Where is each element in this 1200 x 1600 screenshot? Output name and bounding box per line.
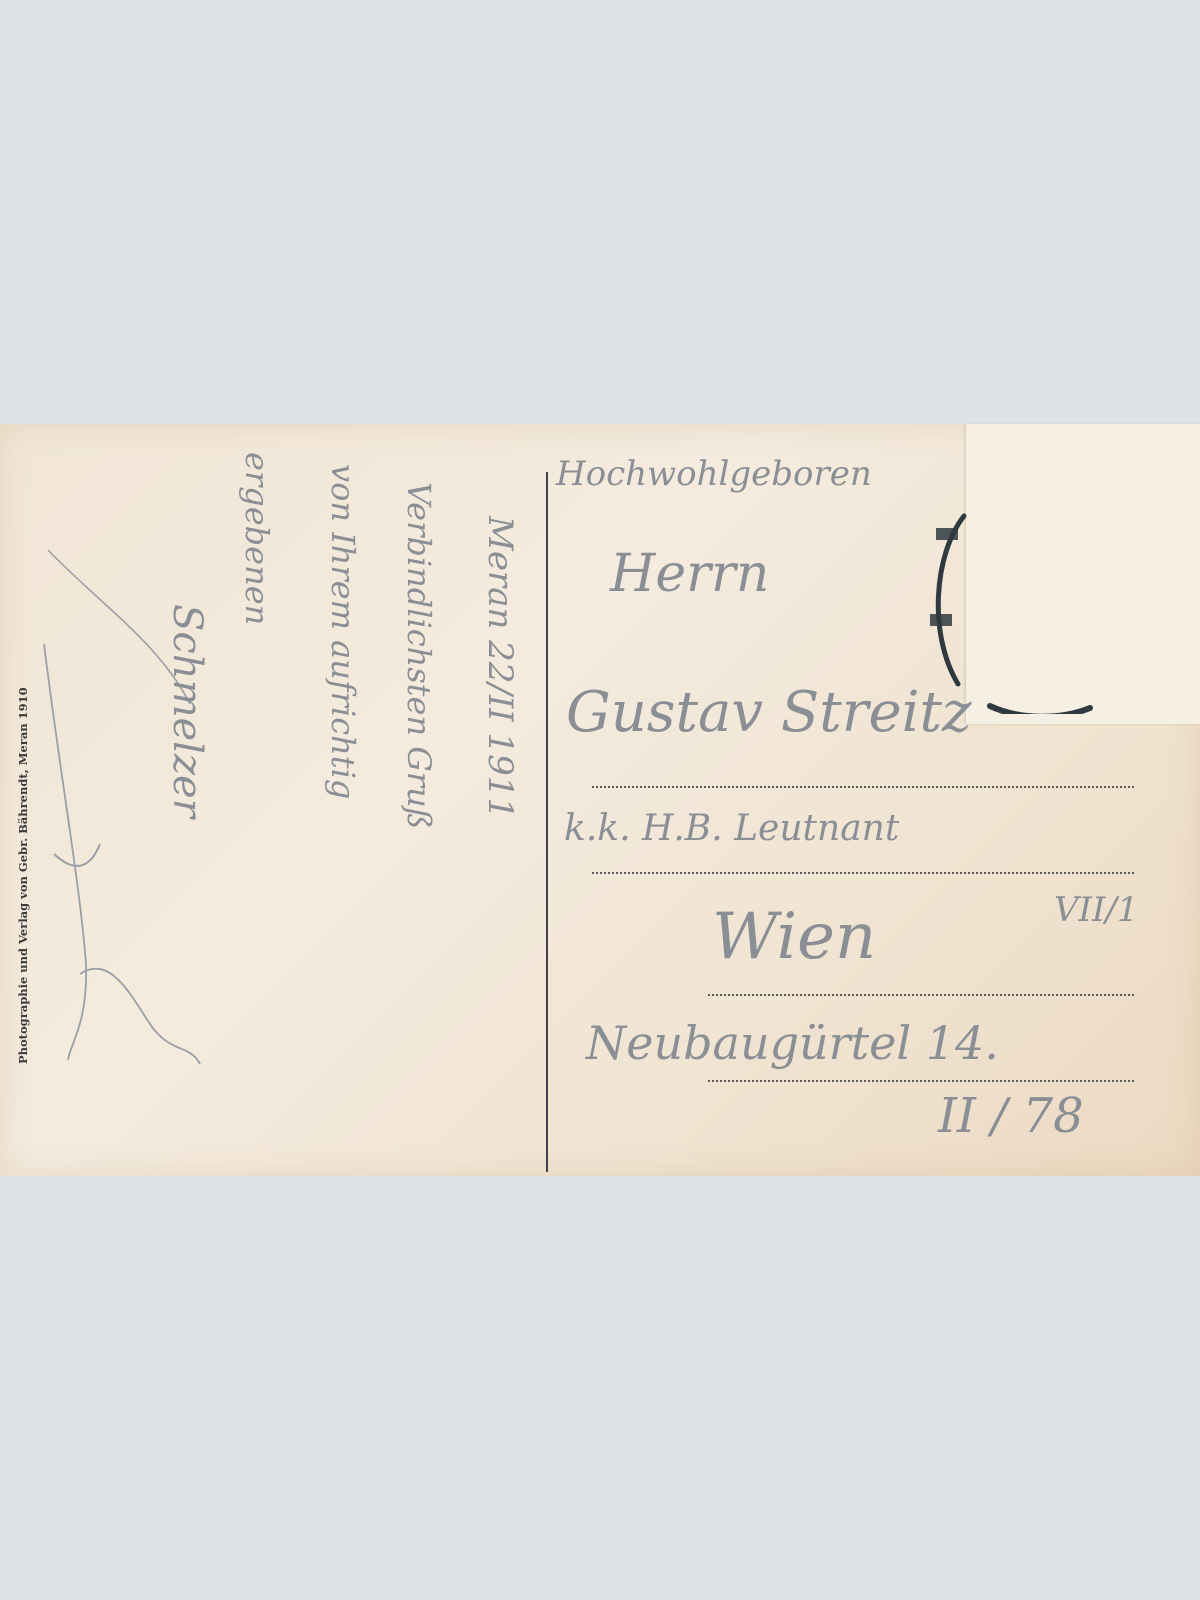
message-line-1: Verbindlichsten Gruß	[400, 482, 438, 829]
address-line-4	[708, 1080, 1134, 1082]
signature-text: Schmelzer	[164, 604, 210, 818]
address-line-2	[592, 872, 1134, 874]
message-line-2: von Ihrem aufrichtig	[324, 464, 362, 799]
address-name: Gustav Streitz	[566, 680, 972, 745]
publisher-imprint: Photographie und Verlag von Gebr. Bähren…	[16, 687, 30, 1064]
message-signature: Schmelzer	[164, 604, 210, 818]
address-rank: k.k. H.B. Leutnant	[564, 808, 899, 849]
address-line-1	[592, 786, 1134, 788]
message-place-date: Meran 22/II 1911	[480, 516, 520, 819]
postcard-back: Photographie und Verlag von Gebr. Bähren…	[0, 424, 1200, 1176]
address-title: Herrn	[610, 544, 769, 604]
message-line-3: ergebenen	[238, 452, 276, 625]
address-apartment: II / 78	[938, 1088, 1084, 1144]
address-city: Wien	[712, 900, 876, 974]
place-date-text: Meran 22/II 1911	[480, 516, 520, 819]
address-salutation: Hochwohlgeboren	[556, 454, 872, 494]
center-divider	[546, 472, 548, 1172]
address-district: VII/1	[1054, 890, 1139, 930]
message-line-text: ergebenen	[238, 452, 276, 625]
message-line-text: Verbindlichsten Gruß	[400, 482, 438, 829]
address-street: Neubaugürtel 14.	[586, 1016, 999, 1070]
address-line-3	[708, 994, 1134, 996]
publisher-imprint-container: Photographie und Verlag von Gebr. Bähren…	[16, 574, 36, 1064]
message-line-text: von Ihrem aufrichtig	[324, 464, 362, 799]
